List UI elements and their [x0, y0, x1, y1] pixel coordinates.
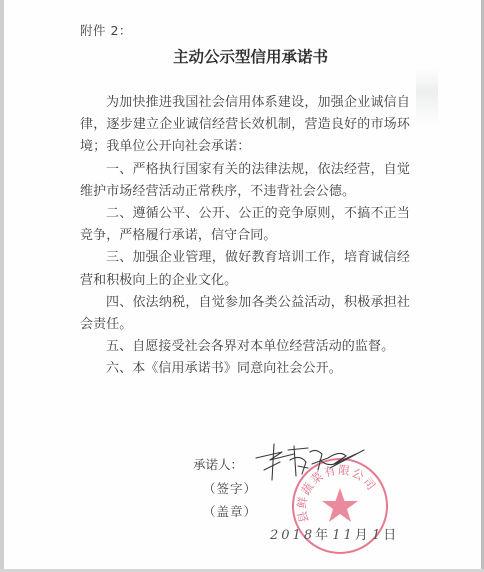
signing-date: 2018年 11月 1日: [270, 524, 396, 543]
signer-label: 承诺人：: [193, 455, 243, 473]
document-page: 附件 2： 主动公示型信用承诺书 为加快推进我国社会信用体系建设，加强企业诚信自…: [4, 0, 481, 569]
date-month: 11: [332, 528, 355, 543]
date-month-suffix: 月: [355, 528, 368, 543]
sign-note: （签字）: [203, 479, 257, 497]
date-year-suffix: 年: [315, 528, 328, 543]
seal-note: （盖章）: [203, 502, 257, 520]
date-day: 1: [372, 528, 383, 543]
date-year: 2018: [270, 528, 315, 543]
date-day-suffix: 日: [383, 528, 396, 543]
document-viewer: 附件 2： 主动公示型信用承诺书 为加快推进我国社会信用体系建设，加强企业诚信自…: [0, 0, 484, 572]
signature-block: 承诺人： （签字） （盖章） 县鲜蔬菜有限公司: [4, 0, 481, 569]
handwritten-signature: [250, 440, 370, 482]
